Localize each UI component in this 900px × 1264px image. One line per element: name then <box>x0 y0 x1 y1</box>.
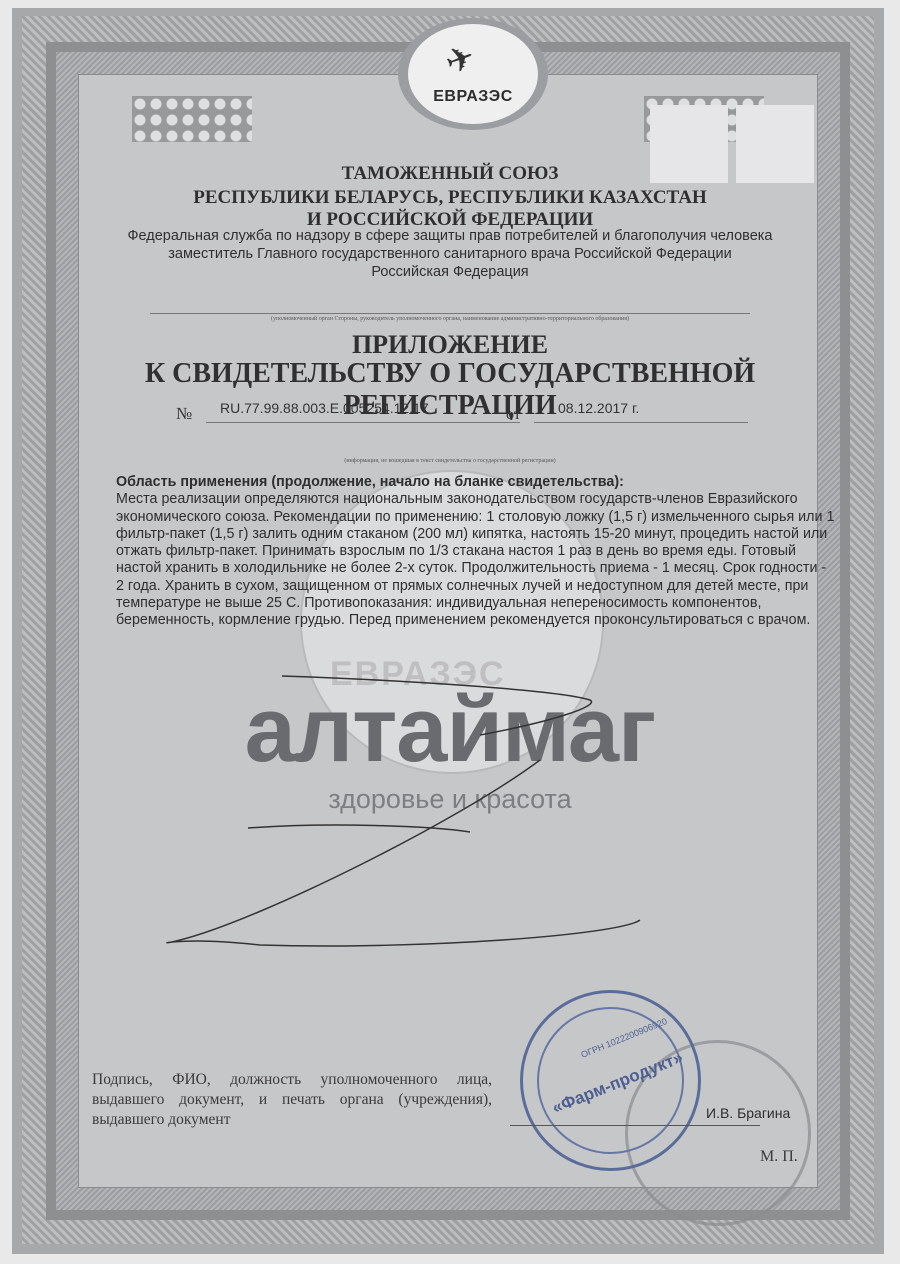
signature-instructions: Подпись, ФИО, должность уполномоченного … <box>92 1070 492 1130</box>
company-stamp: ОГРН 1022200906920 «Фарм-продукт» <box>520 990 701 1171</box>
seal-place-label: М. П. <box>760 1148 798 1166</box>
signature-line <box>510 1125 760 1126</box>
signatory-name: И.В. Брагина <box>706 1105 790 1121</box>
